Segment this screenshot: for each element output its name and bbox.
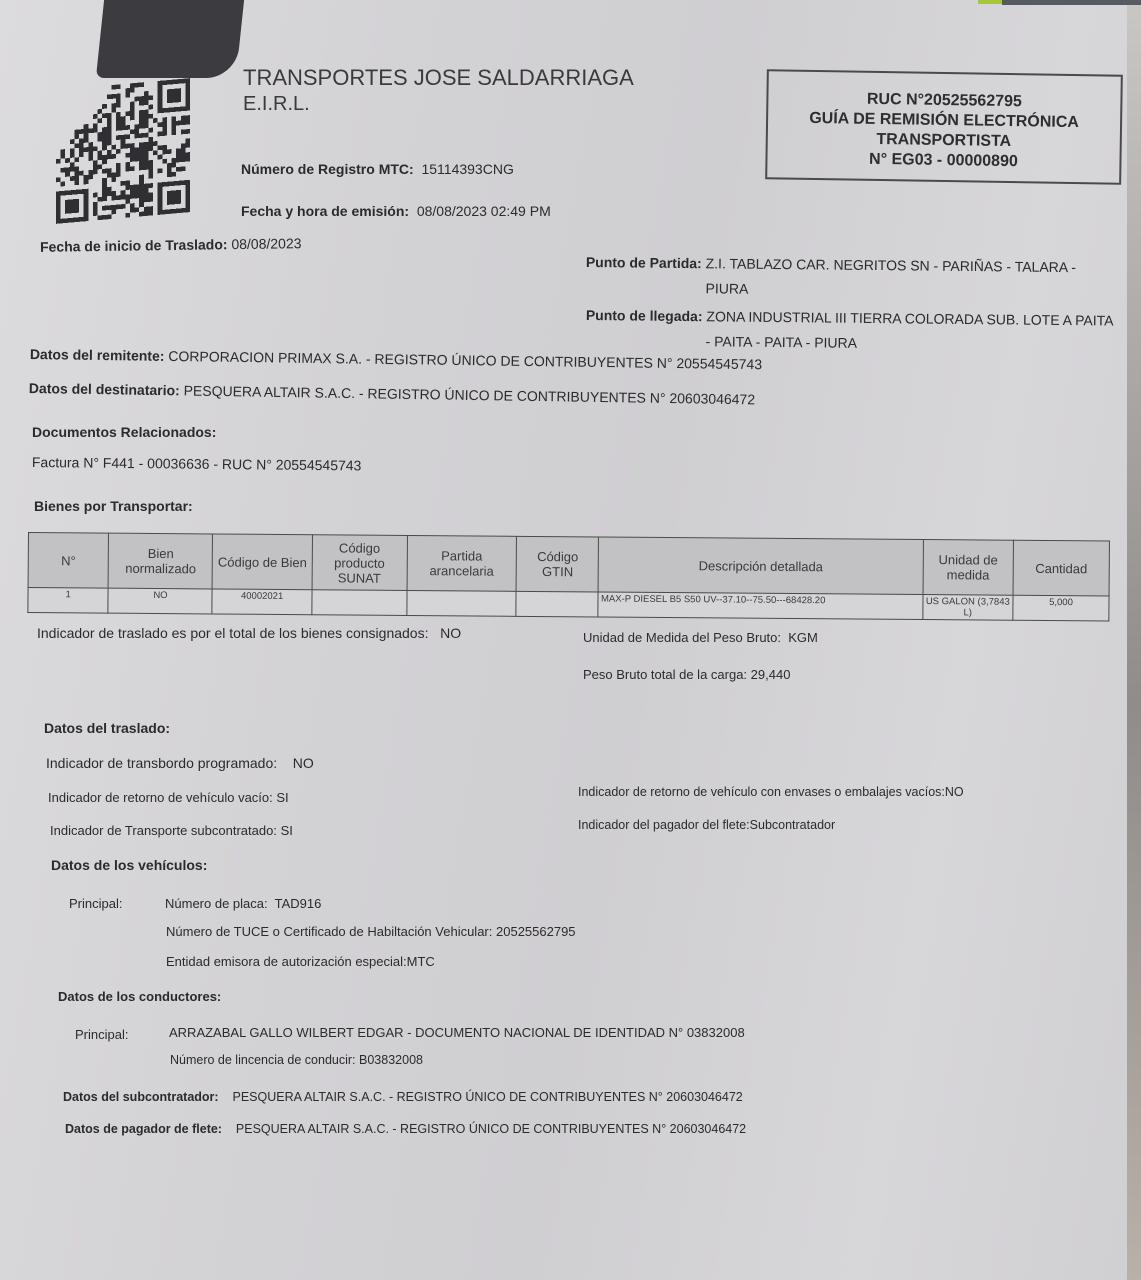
origin-label: Punto de Partida: bbox=[586, 254, 702, 271]
vehicle-authority: Entidad emisora de autorización especial… bbox=[166, 954, 435, 969]
table-cell: 40002021 bbox=[212, 589, 311, 615]
license-label: Número de lincencia de conducir: bbox=[170, 1053, 356, 1067]
vehicle-tuce: Número de TUCE o Certificado de Habiltac… bbox=[166, 924, 576, 939]
authority-value: MTC bbox=[407, 954, 435, 969]
related-docs-title: Documentos Relacionados: bbox=[32, 424, 216, 440]
subcontractor-label: Datos del subcontratador: bbox=[63, 1090, 219, 1104]
origin-line1: Z.I. TABLAZO CAR. NEGRITOS SN - PARIÑAS … bbox=[706, 255, 1076, 275]
freight-payer-indicator-label: Indicador del pagador del flete: bbox=[578, 818, 750, 832]
freight-payer-indicator: Indicador del pagador del flete:Subcontr… bbox=[578, 818, 835, 832]
start-date-value: 08/08/2023 bbox=[231, 235, 301, 252]
packaging-return-indicator: Indicador de retorno de vehículo con env… bbox=[578, 785, 964, 799]
packaging-return-value: NO bbox=[945, 785, 964, 799]
folded-corner-shadow bbox=[96, 0, 244, 78]
start-date-label: Fecha de inicio de Traslado: bbox=[40, 236, 228, 255]
transfer-data-title: Datos del traslado: bbox=[44, 720, 170, 736]
tuce-value: 20525562795 bbox=[496, 924, 576, 939]
table-cell: MAX-P DIESEL B5 S50 UV--37.10--75.50---6… bbox=[598, 592, 922, 620]
column-header: Descripción detallada bbox=[599, 537, 924, 595]
table-cell bbox=[516, 591, 598, 617]
plate-value: TAD916 bbox=[275, 896, 322, 911]
company-name: TRANSPORTES JOSE SALDARRIAGA bbox=[243, 64, 634, 92]
sender-label: Datos del remitente: bbox=[30, 346, 165, 364]
empty-return-value: SI bbox=[276, 790, 288, 805]
driver-name: ARRAZABAL GALLO WILBERT EDGAR - DOCUMENT… bbox=[169, 1025, 745, 1040]
background-object bbox=[978, 0, 1002, 4]
freight-payer-label: Datos de pagador de flete: bbox=[65, 1122, 222, 1136]
weight-unit-label: Unidad de Medida del Peso Bruto: bbox=[583, 630, 781, 645]
gross-weight-value: 29,440 bbox=[751, 667, 791, 682]
transshipment-label: Indicador de transbordo programado: bbox=[46, 755, 277, 771]
ruc-box: RUC N°20525562795 GUÍA DE REMISIÓN ELECT… bbox=[765, 69, 1123, 185]
total-goods-indicator: Indicador de traslado es por el total de… bbox=[37, 625, 461, 641]
weight-unit: Unidad de Medida del Peso Bruto: KGM bbox=[583, 630, 818, 645]
vehicle-plate: Número de placa: TAD916 bbox=[165, 896, 321, 911]
destination-label: Punto de llegada: bbox=[586, 307, 703, 324]
mtc-value: 15114393CNG bbox=[421, 161, 513, 177]
column-header: Código de Bien bbox=[213, 534, 313, 590]
freight-payer: Datos de pagador de flete: PESQUERA ALTA… bbox=[65, 1122, 746, 1136]
weight-unit-value: KGM bbox=[788, 630, 818, 645]
vehicles-title: Datos de los vehículos: bbox=[51, 857, 207, 873]
goods-table: N°Bien normalizadoCódigo de BienCódigo p… bbox=[27, 532, 1110, 621]
subcontracted-indicator: Indicador de Transporte subcontratado: S… bbox=[50, 823, 293, 838]
packaging-return-label: Indicador de retorno de vehículo con env… bbox=[578, 785, 945, 799]
freight-payer-value: PESQUERA ALTAIR S.A.C. - REGISTRO ÚNICO … bbox=[236, 1122, 746, 1136]
column-header: N° bbox=[28, 533, 109, 589]
background-edge bbox=[1127, 0, 1141, 1280]
column-header: Bien normalizado bbox=[108, 533, 212, 589]
transshipment-indicator: Indicador de transbordo programado: NO bbox=[46, 755, 314, 771]
emission-label: Fecha y hora de emisión: bbox=[241, 203, 409, 219]
vehicle-role: Principal: bbox=[69, 896, 122, 911]
subcontracted-value: SI bbox=[281, 823, 293, 838]
table-cell bbox=[406, 590, 516, 616]
subcontractor: Datos del subcontratador: PESQUERA ALTAI… bbox=[63, 1090, 743, 1104]
column-header: Código GTIN bbox=[516, 536, 599, 592]
goods-title: Bienes por Transportar: bbox=[34, 498, 193, 514]
driver-license: Número de lincencia de conducir: B038320… bbox=[170, 1053, 423, 1067]
tuce-label: Número de TUCE o Certificado de Habiltac… bbox=[166, 924, 492, 939]
empty-return-indicator: Indicador de retorno de vehículo vacío: … bbox=[48, 790, 289, 805]
table-cell bbox=[312, 590, 407, 616]
authority-label: Entidad emisora de autorización especial… bbox=[166, 954, 407, 969]
subcontractor-value: PESQUERA ALTAIR S.A.C. - REGISTRO ÚNICO … bbox=[232, 1090, 742, 1104]
recipient-label: Datos del destinatario: bbox=[29, 380, 180, 398]
table-cell: 1 bbox=[28, 588, 109, 614]
column-header: Código producto SUNAT bbox=[312, 535, 407, 591]
total-indicator-label: Indicador de traslado es por el total de… bbox=[37, 625, 428, 641]
table-cell: 5,000 bbox=[1013, 595, 1109, 621]
drivers-title: Datos de los conductores: bbox=[58, 989, 221, 1004]
company-type: E.I.R.L. bbox=[243, 90, 310, 118]
origin-line2: PIURA bbox=[706, 280, 749, 296]
plate-label: Número de placa: bbox=[165, 896, 268, 911]
emission-datetime: Fecha y hora de emisión: 08/08/2023 02:4… bbox=[241, 203, 551, 219]
mtc-registration: Número de Registro MTC: 15114393CNG bbox=[241, 161, 514, 177]
doc-number: N° EG03 - 00000890 bbox=[767, 148, 1119, 174]
destination-line1: ZONA INDUSTRIAL III TIERRA COLORADA SUB.… bbox=[706, 308, 1113, 328]
qr-code-icon bbox=[52, 78, 194, 224]
driver-role: Principal: bbox=[75, 1027, 128, 1042]
destination-point: Punto de llegada: ZONA INDUSTRIAL III TI… bbox=[585, 303, 1113, 359]
table-cell: US GALON (3,7843 L) bbox=[922, 595, 1013, 621]
subcontracted-label: Indicador de Transporte subcontratado: bbox=[50, 823, 277, 838]
empty-return-label: Indicador de retorno de vehículo vacío: bbox=[48, 790, 273, 805]
freight-payer-indicator-value: Subcontratador bbox=[750, 818, 835, 832]
origin-point: Punto de Partida: Z.I. TABLAZO CAR. NEGR… bbox=[585, 250, 1076, 305]
column-header: Partida arancelaria bbox=[407, 535, 517, 591]
total-indicator-value: NO bbox=[440, 625, 461, 641]
background-object bbox=[1002, 0, 1141, 5]
column-header: Cantidad bbox=[1013, 540, 1109, 596]
emission-value: 08/08/2023 02:49 PM bbox=[417, 203, 551, 219]
destination-line2: - PAITA - PAITA - PIURA bbox=[706, 333, 858, 351]
column-header: Unidad de medida bbox=[923, 540, 1014, 596]
license-value: B03832008 bbox=[359, 1053, 423, 1067]
transshipment-value: NO bbox=[293, 755, 314, 771]
gross-weight-label: Peso Bruto total de la carga: bbox=[583, 667, 747, 682]
gross-weight: Peso Bruto total de la carga: 29,440 bbox=[583, 667, 790, 682]
table-cell: NO bbox=[108, 588, 212, 614]
mtc-label: Número de Registro MTC: bbox=[241, 161, 414, 177]
